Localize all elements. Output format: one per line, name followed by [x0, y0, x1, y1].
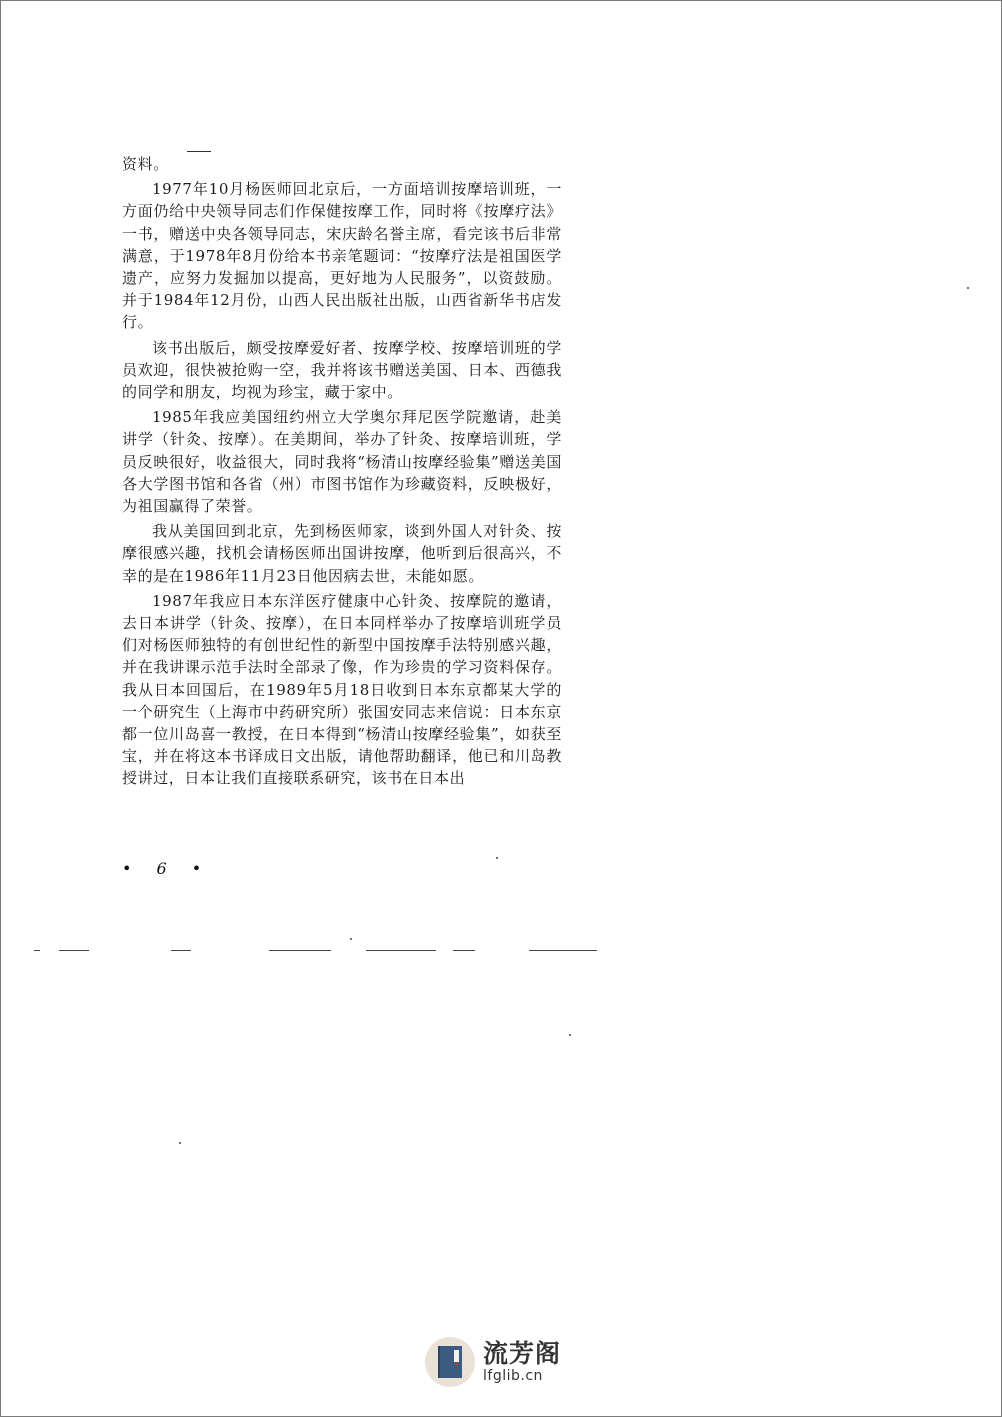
- watermark-url: lfglib.cn: [483, 1368, 561, 1384]
- scan-artifact-line: [171, 950, 191, 951]
- paragraph: 我从美国回到北京，先到杨医师家，谈到外国人对针灸、按摩很感兴趣，找机会请杨医师出…: [122, 520, 562, 587]
- scan-speck: [350, 938, 352, 940]
- scan-artifact-mark: [187, 151, 211, 152]
- scan-artifact-line: [453, 950, 475, 951]
- scan-artifact-line: [529, 950, 597, 951]
- scanned-page: 资料。 1977年10月杨医师回北京后，一方面培训按摩培训班，一方面仍给中央领导…: [0, 0, 1002, 1417]
- paragraph: 资料。: [122, 153, 562, 175]
- watermark-text: 流芳阁 lfglib.cn: [483, 1340, 561, 1384]
- watermark-name: 流芳阁: [483, 1340, 561, 1368]
- watermark-logo: 流芳阁 lfglib.cn: [425, 1334, 585, 1390]
- scan-speck: [179, 1142, 181, 1144]
- paragraph: 1977年10月杨医师回北京后，一方面培训按摩培训班，一方面仍给中央领导同志们作…: [122, 178, 562, 333]
- paragraph: 1987年我应日本东洋医疗健康中心针灸、按摩院的邀请，去日本讲学（针灸、按摩），…: [122, 590, 562, 790]
- book-icon: [438, 1346, 462, 1378]
- scan-artifact-line: [34, 950, 40, 951]
- paragraph: 1985年我应美国纽约州立大学奥尔拜尼医学院邀请，赴美讲学（针灸、按摩）。在美期…: [122, 406, 562, 517]
- body-text: 资料。 1977年10月杨医师回北京后，一方面培训按摩培训班，一方面仍给中央领导…: [122, 153, 562, 793]
- scan-artifact-line: [59, 950, 89, 951]
- scan-speck: [569, 1034, 571, 1036]
- page-number: • 6 •: [122, 859, 211, 878]
- scan-artifact-line: [366, 950, 436, 951]
- scan-speck: [967, 287, 969, 289]
- scan-speck: [496, 857, 498, 859]
- paragraph: 该书出版后，颇受按摩爱好者、按摩学校、按摩培训班的学员欢迎，很快被抢购一空，我并…: [122, 337, 562, 404]
- scan-artifact-line: [269, 950, 331, 951]
- book-icon-badge: [425, 1337, 475, 1387]
